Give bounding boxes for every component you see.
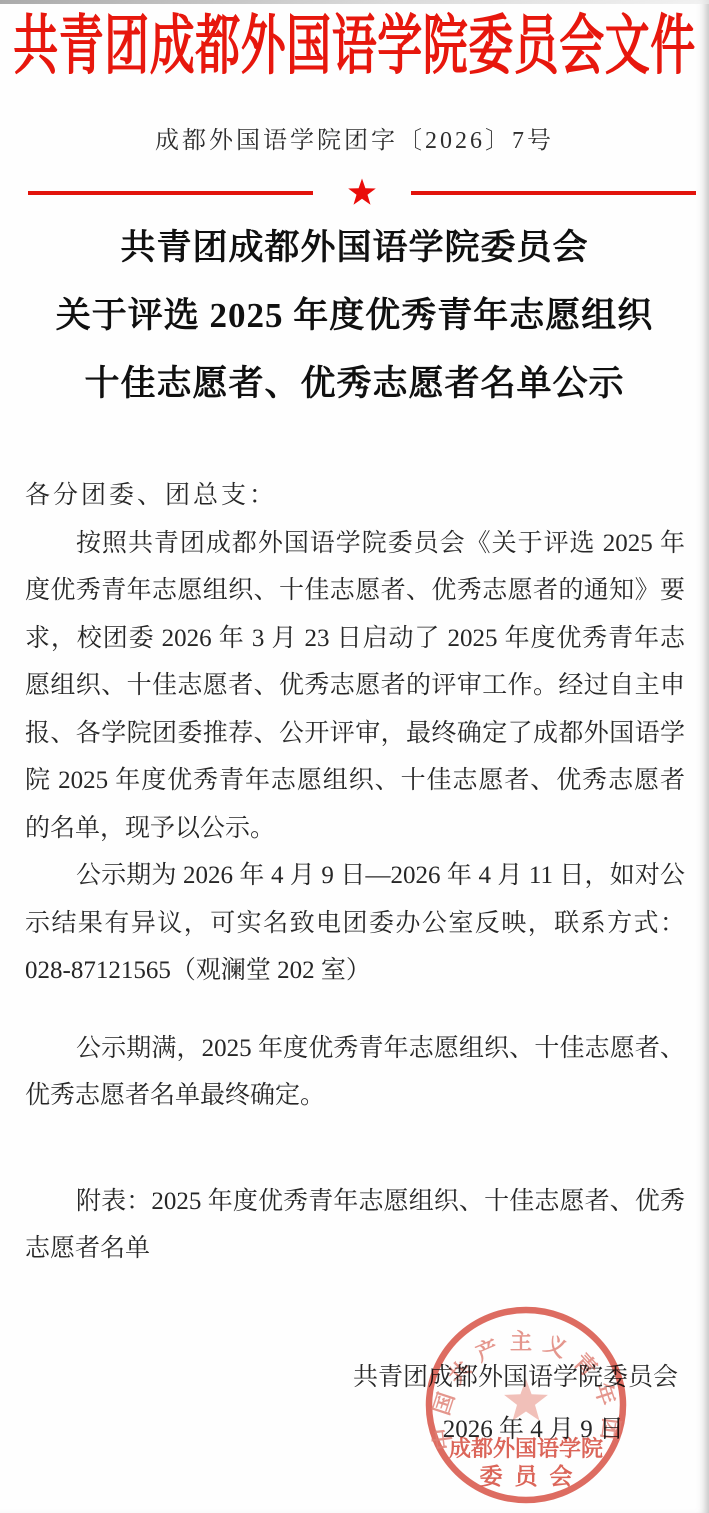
title-line-3: 十佳志愿者、优秀志愿者名单公示 — [0, 350, 709, 418]
document-page: 共青团成都外国语学院委员会文件 成都外国语学院团字〔2026〕7号 共青团成都外… — [0, 0, 709, 1513]
letterhead-title: 共青团成都外国语学院委员会文件 — [13, 14, 696, 79]
body-line: 度优秀青年志愿组织、十佳志愿者、优秀志愿者的通知》要 — [25, 567, 685, 615]
body-line: 028-87121565（观澜堂 202 室） — [25, 947, 685, 995]
body-line: 优秀志愿者名单最终确定。 — [25, 1072, 685, 1120]
body-line: 求，校团委 2026 年 3 月 23 日启动了 2025 年度优秀青年志 — [25, 615, 685, 663]
body-line: 报、各学院团委推荐、公开评审，最终确定了成都外国语学 — [25, 710, 685, 758]
body-line: 附表：2025 年度优秀青年志愿组织、十佳志愿者、优秀 — [25, 1178, 685, 1226]
seal-committee: 委员会 — [480, 1463, 585, 1489]
body-line: 院 2025 年度优秀青年志愿组织、十佳志愿者、优秀志愿者 — [25, 757, 685, 805]
paragraph-2: 公示期为 2026 年 4 月 9 日—2026 年 4 月 11 日，如对公 … — [25, 852, 685, 995]
red-divider — [28, 179, 696, 207]
letterhead: 共青团成都外国语学院委员会文件 — [0, 14, 709, 59]
body-line: 公示期为 2026 年 4 月 9 日—2026 年 4 月 11 日，如对公 — [25, 852, 685, 900]
body-line: 按照共青团成都外国语学院委员会《关于评选 2025 年 — [25, 520, 685, 568]
title-line-1: 共青团成都外国语学院委员会 — [0, 214, 709, 282]
doc-number: 成都外国语学院团字〔2026〕7号 — [0, 127, 709, 156]
divider-line-left — [28, 191, 313, 195]
signature-date: 2026 年 4 月 9 日 — [25, 1406, 685, 1454]
signature-org: 共青团成都外国语学院委员会 — [25, 1354, 685, 1402]
body-line: 志愿者名单 — [25, 1225, 685, 1273]
divider-line-right — [411, 191, 696, 195]
paragraph-1: 按照共青团成都外国语学院委员会《关于评选 2025 年 度优秀青年志愿组织、十佳… — [25, 520, 685, 853]
body-line: 示结果有异议，可实名致电团委办公室反映，联系方式： — [25, 900, 685, 948]
body-line: 公示期满，2025 年度优秀青年志愿组织、十佳志愿者、 — [25, 1025, 685, 1073]
salutation: 各分团委、团总支： — [25, 472, 685, 520]
body-line: 的名单，现予以公示。 — [25, 805, 685, 853]
star-icon — [346, 178, 378, 208]
document-title: 共青团成都外国语学院委员会 关于评选 2025 年度优秀青年志愿组织 十佳志愿者… — [0, 214, 709, 418]
paragraph-attachment: 附表：2025 年度优秀青年志愿组织、十佳志愿者、优秀 志愿者名单 — [25, 1178, 685, 1273]
body-line: 愿组织、十佳志愿者、优秀志愿者的评审工作。经过自主申 — [25, 662, 685, 710]
document-body: 各分团委、团总支： 按照共青团成都外国语学院委员会《关于评选 2025 年 度优… — [25, 472, 685, 1454]
paragraph-3: 公示期满，2025 年度优秀青年志愿组织、十佳志愿者、 优秀志愿者名单最终确定。 — [25, 1025, 685, 1120]
title-line-2: 关于评选 2025 年度优秀青年志愿组织 — [0, 282, 709, 350]
